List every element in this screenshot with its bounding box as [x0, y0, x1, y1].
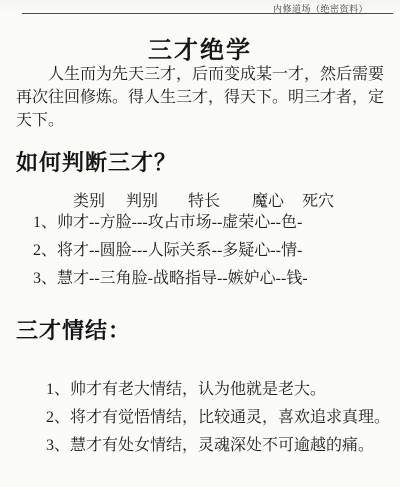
table-header-row: 类别 判别 特长 魔心 死穴	[0, 188, 400, 211]
column-header-strength: 特长	[188, 188, 220, 211]
section-heading-how-to-judge: 如何判断三才？	[16, 146, 177, 177]
table-row: 3、慧才--三角脸-战略指导--嫉妒心--钱-	[33, 271, 308, 299]
table-row: 2、将才--圆脸---人际关系--多疑心--情-	[33, 243, 308, 271]
header-divider-rule	[22, 13, 393, 14]
intro-line: 人生而为先天三才，后而变成某一才，然后需要	[16, 63, 388, 86]
list-item: 3、慧才有处女情结，灵魂深处不可逾越的痛。	[46, 438, 390, 466]
list-item: 1、帅才有老大情结，认为他就是老大。	[46, 382, 390, 410]
intro-paragraph: 人生而为先天三才，后而变成某一才，然后需要 再次往回修炼。得人生三才，得天下。明…	[16, 63, 388, 132]
judge-list: 1、帅才--方脸---攻占市场--虚荣心--色- 2、将才--圆脸---人际关系…	[33, 215, 308, 299]
column-header-weak-point: 死穴	[302, 188, 334, 211]
intro-line: 天下。	[16, 109, 388, 132]
column-header-category: 类别	[73, 188, 105, 211]
table-row: 1、帅才--方脸---攻占市场--虚荣心--色-	[33, 215, 308, 243]
page-title: 三才绝学	[0, 30, 400, 65]
intro-line: 再次往回修炼。得人生三才，得天下。明三才者，定	[16, 86, 388, 109]
list-item: 2、将才有觉悟情结，比较通灵，喜欢追求真理。	[46, 410, 390, 438]
section-heading-complexes: 三才情结：	[16, 314, 131, 345]
document-page: 内修道场（绝密资料） 三才绝学 人生而为先天三才，后而变成某一才，然后需要 再次…	[0, 0, 400, 487]
complex-list: 1、帅才有老大情结，认为他就是老大。 2、将才有觉悟情结，比较通灵，喜欢追求真理…	[46, 382, 390, 466]
column-header-demon-heart: 魔心	[252, 188, 284, 211]
column-header-judgement: 判别	[126, 188, 158, 211]
